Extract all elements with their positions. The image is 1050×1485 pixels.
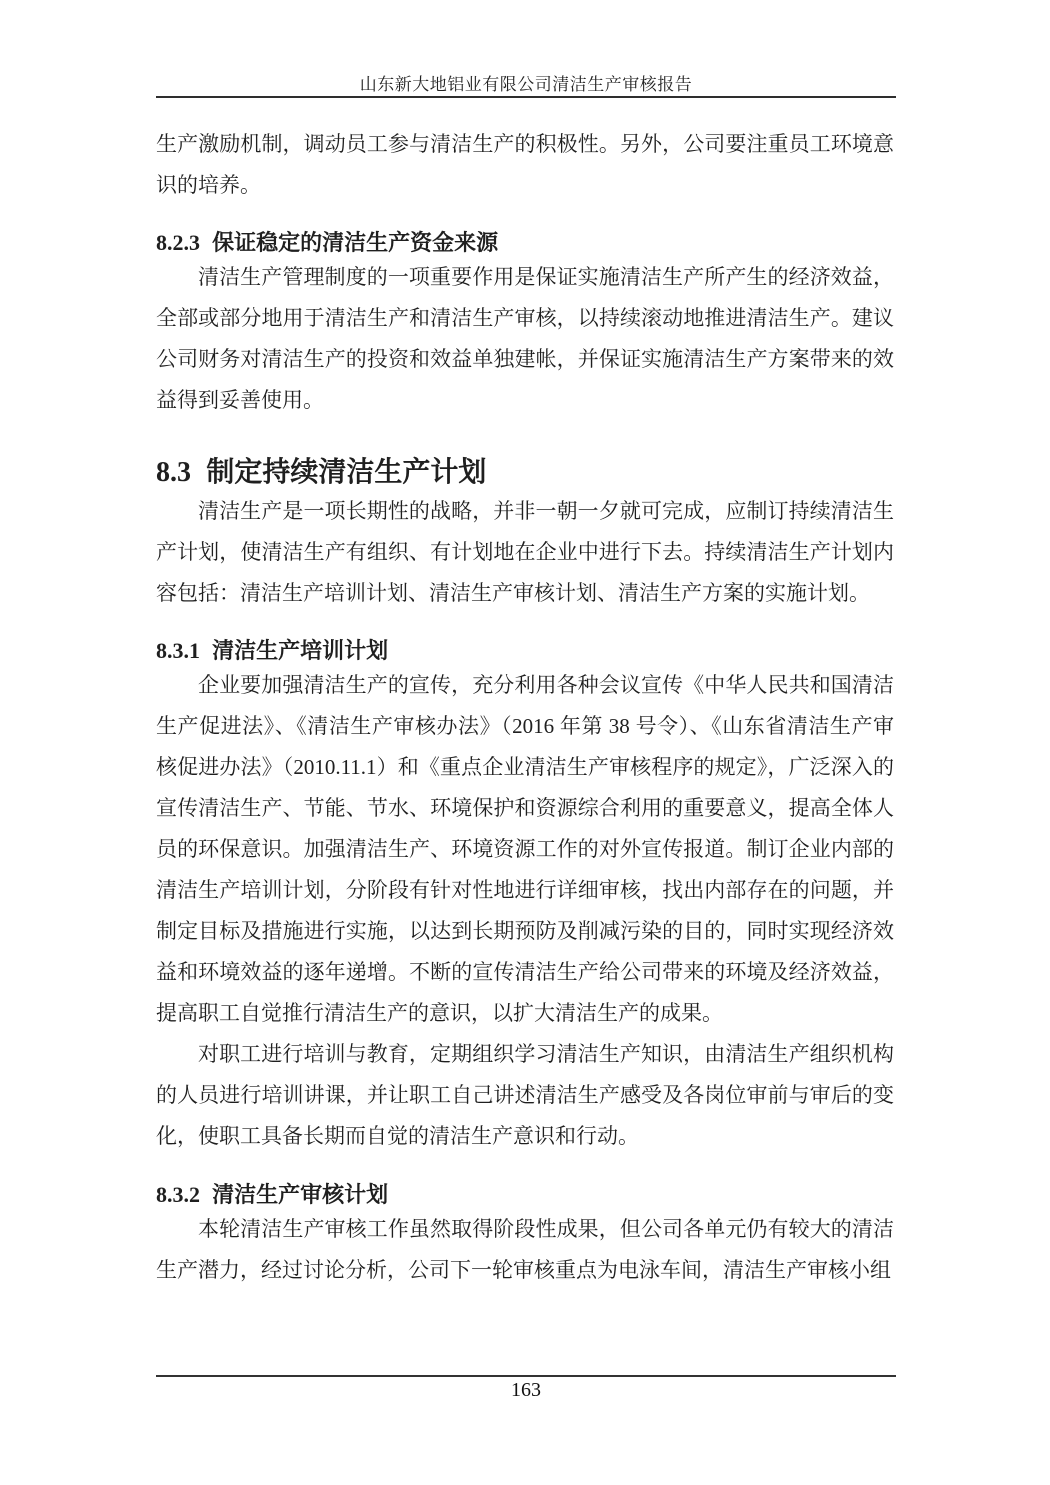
document-page: 山东新大地铝业有限公司清洁生产审核报告 生产激励机制，调动员工参与清洁生产的积极… [0,0,1050,1485]
heading-8-3-1: 8.3.1清洁生产培训计划 [156,637,894,665]
paragraph-8-3-1-a: 企业要加强清洁生产的宣传，充分利用各种会议宣传《中华人民共和国清洁生产促进法》、… [156,665,894,1034]
heading-text: 清洁生产培训计划 [212,638,388,663]
running-header-title: 山东新大地铝业有限公司清洁生产审核报告 [156,75,896,95]
heading-number: 8.3.2 [156,1181,200,1209]
heading-8-3-2: 8.3.2清洁生产审核计划 [156,1181,894,1209]
footer-rule [156,1375,896,1377]
heading-text: 制定持续清洁生产计划 [206,457,486,488]
page-number: 163 [156,1378,896,1402]
paragraph-8-2-3: 清洁生产管理制度的一项重要作用是保证实施清洁生产所产生的经济效益，全部或部分地用… [156,257,894,421]
header-rule [156,96,896,98]
heading-text: 保证稳定的清洁生产资金来源 [212,230,498,255]
paragraph-8-3: 清洁生产是一项长期性的战略，并非一朝一夕就可完成，应制订持续清洁生产计划，使清洁… [156,491,894,614]
paragraph-8-3-1-b: 对职工进行培训与教育，定期组织学习清洁生产知识，由清洁生产组织机构的人员进行培训… [156,1034,894,1157]
paragraph-continuation: 生产激励机制，调动员工参与清洁生产的积极性。另外，公司要注重员工环境意识的培养。 [156,124,894,206]
heading-number: 8.3.1 [156,637,200,665]
heading-8-3: 8.3制定持续清洁生产计划 [156,455,894,491]
heading-number: 8.3 [156,455,191,491]
heading-text: 清洁生产审核计划 [212,1182,388,1207]
paragraph-8-3-2: 本轮清洁生产审核工作虽然取得阶段性成果，但公司各单元仍有较大的清洁生产潜力，经过… [156,1209,894,1291]
heading-8-2-3: 8.2.3保证稳定的清洁生产资金来源 [156,229,894,257]
heading-number: 8.2.3 [156,229,200,257]
document-body: 生产激励机制，调动员工参与清洁生产的积极性。另外，公司要注重员工环境意识的培养。… [156,124,894,1291]
